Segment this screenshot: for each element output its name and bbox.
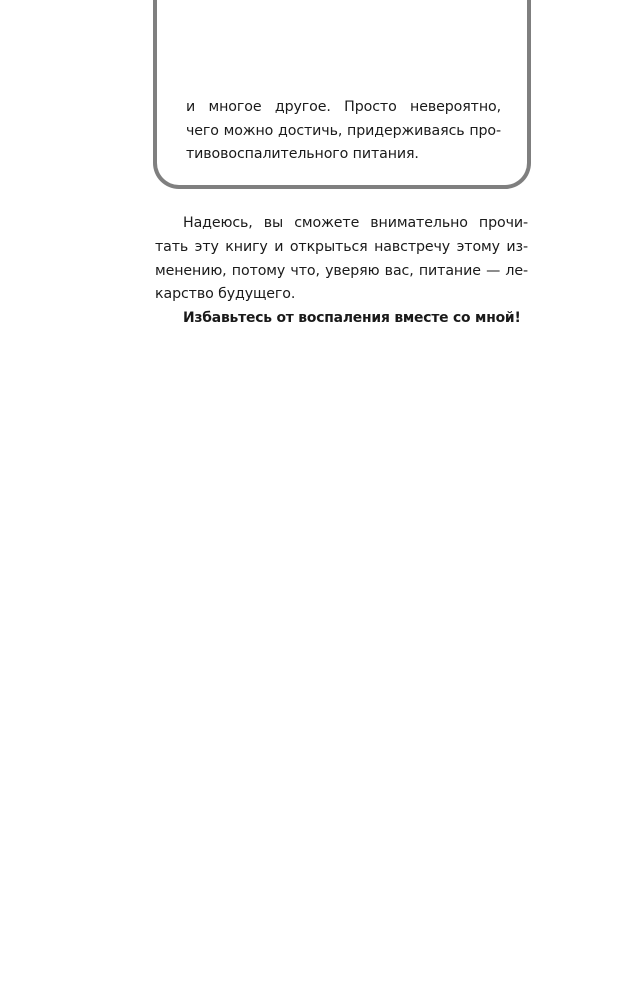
- paragraph-line: менению, потому что, уверяю вас, питание…: [155, 260, 528, 284]
- paragraph-line: карство будущего.: [155, 283, 528, 307]
- paragraph-line: Надеюсь, вы сможете внимательно прочи-: [155, 212, 528, 236]
- callout-line: чего можно достичь, придерживаясь про-: [186, 120, 501, 144]
- callout-line: и многое другое. Просто невероятно,: [186, 96, 501, 120]
- callout-line: тивовоспалительного питания.: [186, 143, 501, 167]
- closing-line: Избавьтесь от воспаления вместе со мной!: [155, 307, 528, 331]
- callout-box: и многое другое. Просто невероятно, чего…: [153, 0, 531, 189]
- closing-statement: Избавьтесь от воспаления вместе со мной!: [155, 307, 528, 331]
- paragraph-line: тать эту книгу и открыться навстречу это…: [155, 236, 528, 260]
- callout-text: и многое другое. Просто невероятно, чего…: [186, 96, 501, 167]
- body-text: Надеюсь, вы сможете внимательно прочи- т…: [155, 212, 528, 331]
- paragraph: Надеюсь, вы сможете внимательно прочи- т…: [155, 212, 528, 307]
